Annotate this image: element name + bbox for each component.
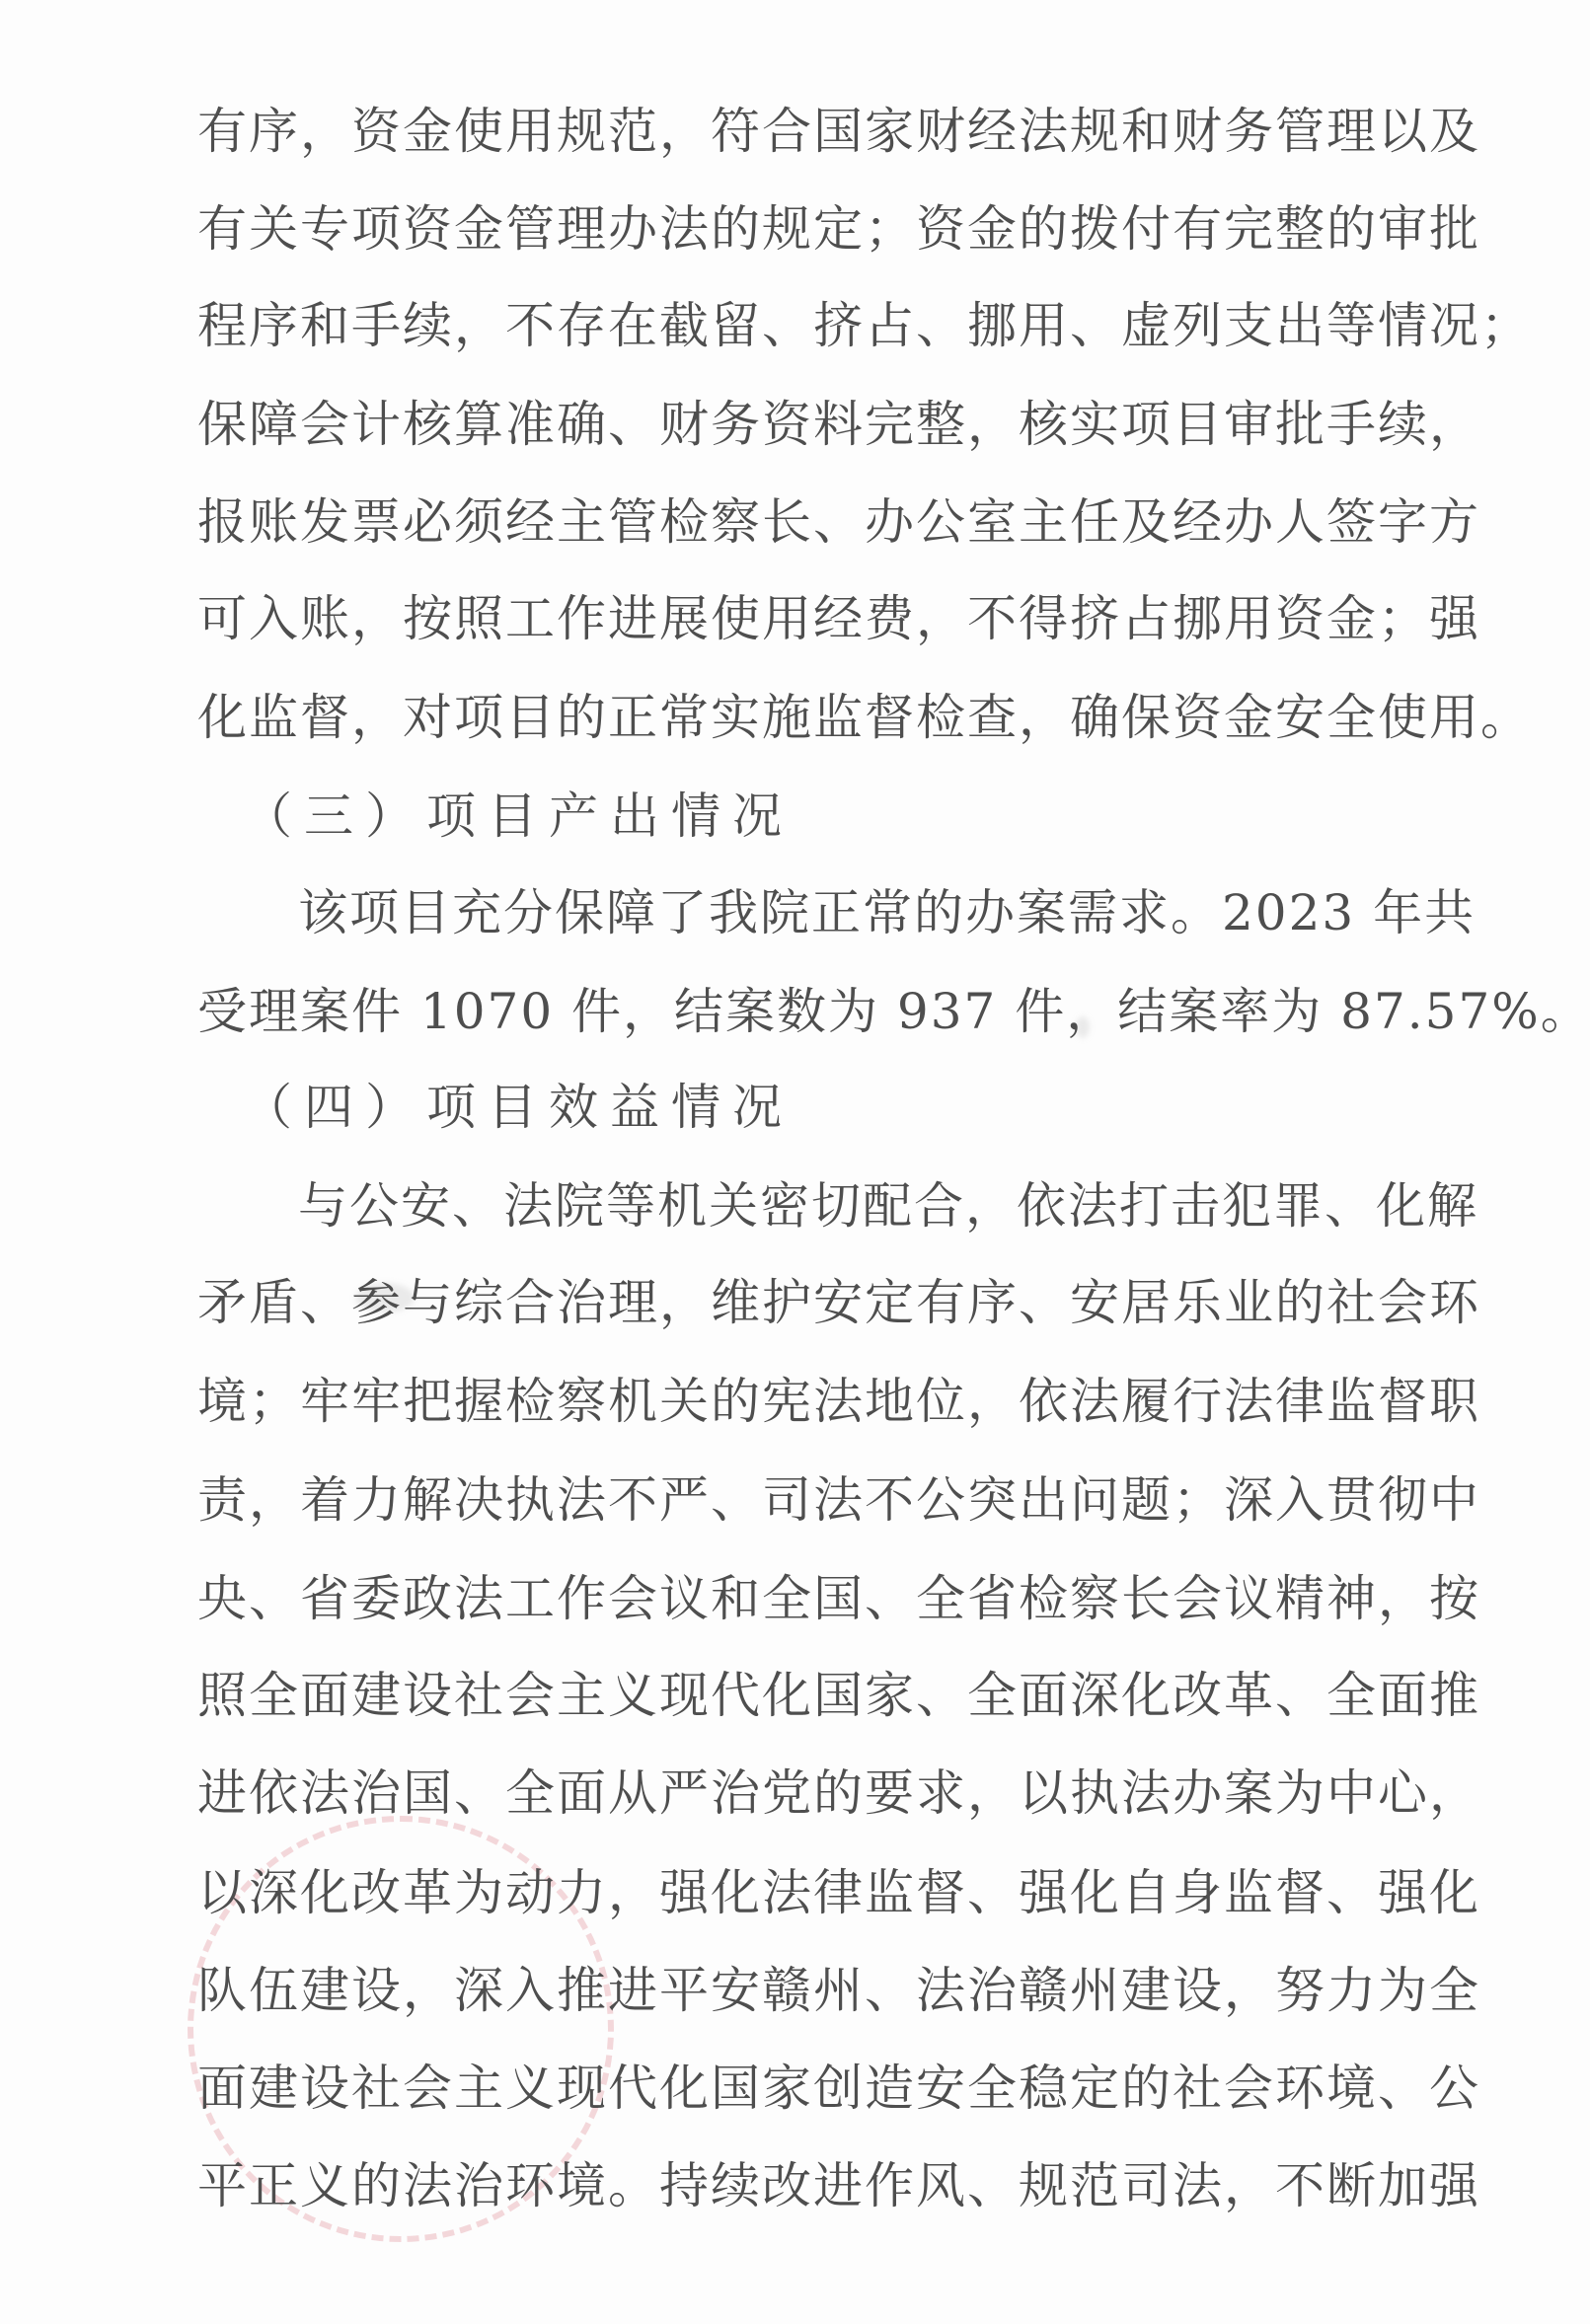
paragraph-1-line: 保障会计核算准确、财务资料完整，核实项目审批手续， [197, 395, 1431, 454]
section-3-line: 受理案件 1070 件，结案数为 937 件，结案率为 87.57%。 [197, 982, 1431, 1041]
document-page: 有序，资金使用规范，符合国家财经法规和财务管理以及 有关专项资金管理办法的规定；… [0, 0, 1590, 2324]
section-4-line: 队伍建设，深入推进平安赣州、法治赣州建设，努力为全 [197, 1961, 1431, 2020]
paragraph-1-line: 有序，资金使用规范，符合国家财经法规和财务管理以及 [197, 102, 1431, 161]
section-4-line: 责，着力解决执法不严、司法不公突出问题；深入贯彻中 [197, 1470, 1431, 1530]
paragraph-1-line: 程序和手续，不存在截留、挤占、挪用、虚列支出等情况； [197, 296, 1431, 355]
section-4-line: 境；牢牢把握检察机关的宪法地位，依法履行法律监督职 [197, 1372, 1431, 1431]
paragraph-1-line: 可入账，按照工作进展使用经费，不得挤占挪用资金；强 [197, 589, 1431, 648]
section-3-line: 该项目充分保障了我院正常的办案需求。2023 年共 [298, 883, 1431, 942]
section-4-line: 平正义的法治环境。持续改进作风、规范司法，不断加强 [197, 2156, 1431, 2215]
section-4-line: 央、省委政法工作会议和全国、全省检察长会议精神，按 [197, 1569, 1431, 1628]
paragraph-1-line: 报账发票必须经主管检察长、办公室主任及经办人签字方 [197, 492, 1431, 552]
section-4-heading: （四）项目效益情况 [243, 1078, 794, 1137]
section-3-heading: （三）项目产出情况 [243, 787, 794, 846]
paragraph-1-line: 有关专项资金管理办法的规定；资金的拨付有完整的审批 [197, 199, 1431, 259]
section-4-line: 进依法治国、全面从严治党的要求，以执法办案为中心， [197, 1763, 1431, 1823]
section-4-line: 照全面建设社会主义现代化国家、全面深化改革、全面推 [197, 1666, 1431, 1725]
section-4-line: 面建设社会主义现代化国家创造安全稳定的社会环境、公 [197, 2059, 1431, 2118]
paragraph-1-line: 化监督，对项目的正常实施监督检查，确保资金安全使用。 [197, 688, 1431, 747]
section-4-line: 与公安、法院等机关密切配合，依法打击犯罪、化解 [298, 1176, 1431, 1236]
section-4-line: 以深化改革为动力，强化法律监督、强化自身监督、强化 [197, 1863, 1431, 1922]
section-4-line: 矛盾、参与综合治理，维护安定有序、安居乐业的社会环 [197, 1273, 1431, 1332]
